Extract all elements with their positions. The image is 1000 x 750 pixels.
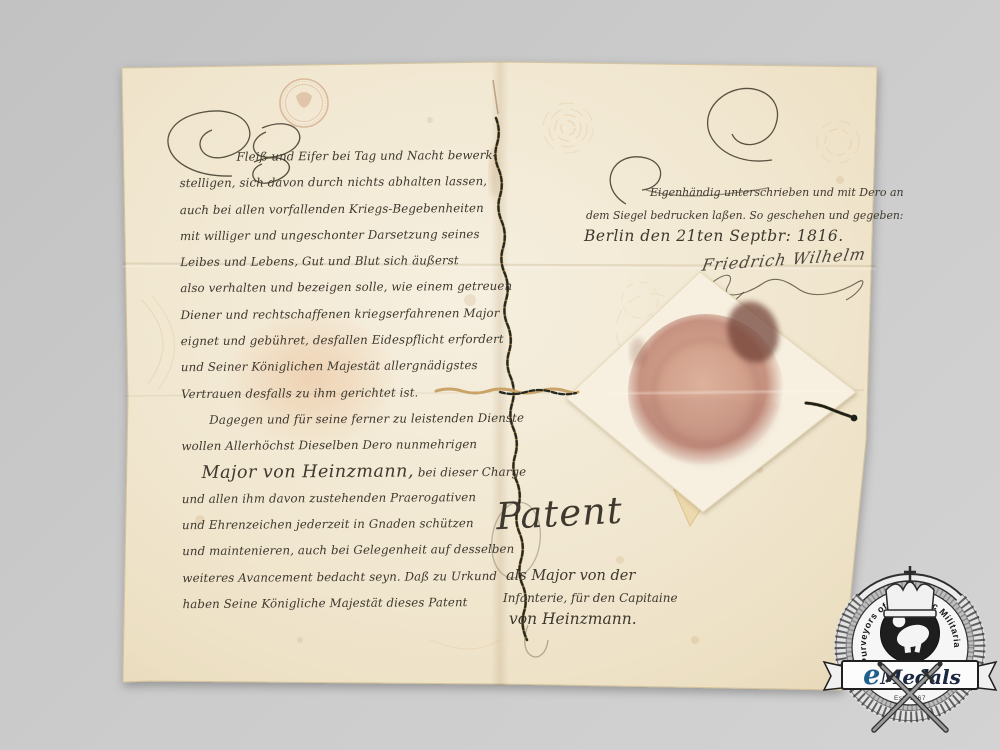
- watermark-logo: Purveyors of Authentic Militaria eMedals…: [0, 0, 1000, 750]
- crown-icon: [884, 566, 936, 617]
- photo-canvas: Fleiß und Eifer bei Tag und Nacht bewerk…: [0, 0, 1000, 750]
